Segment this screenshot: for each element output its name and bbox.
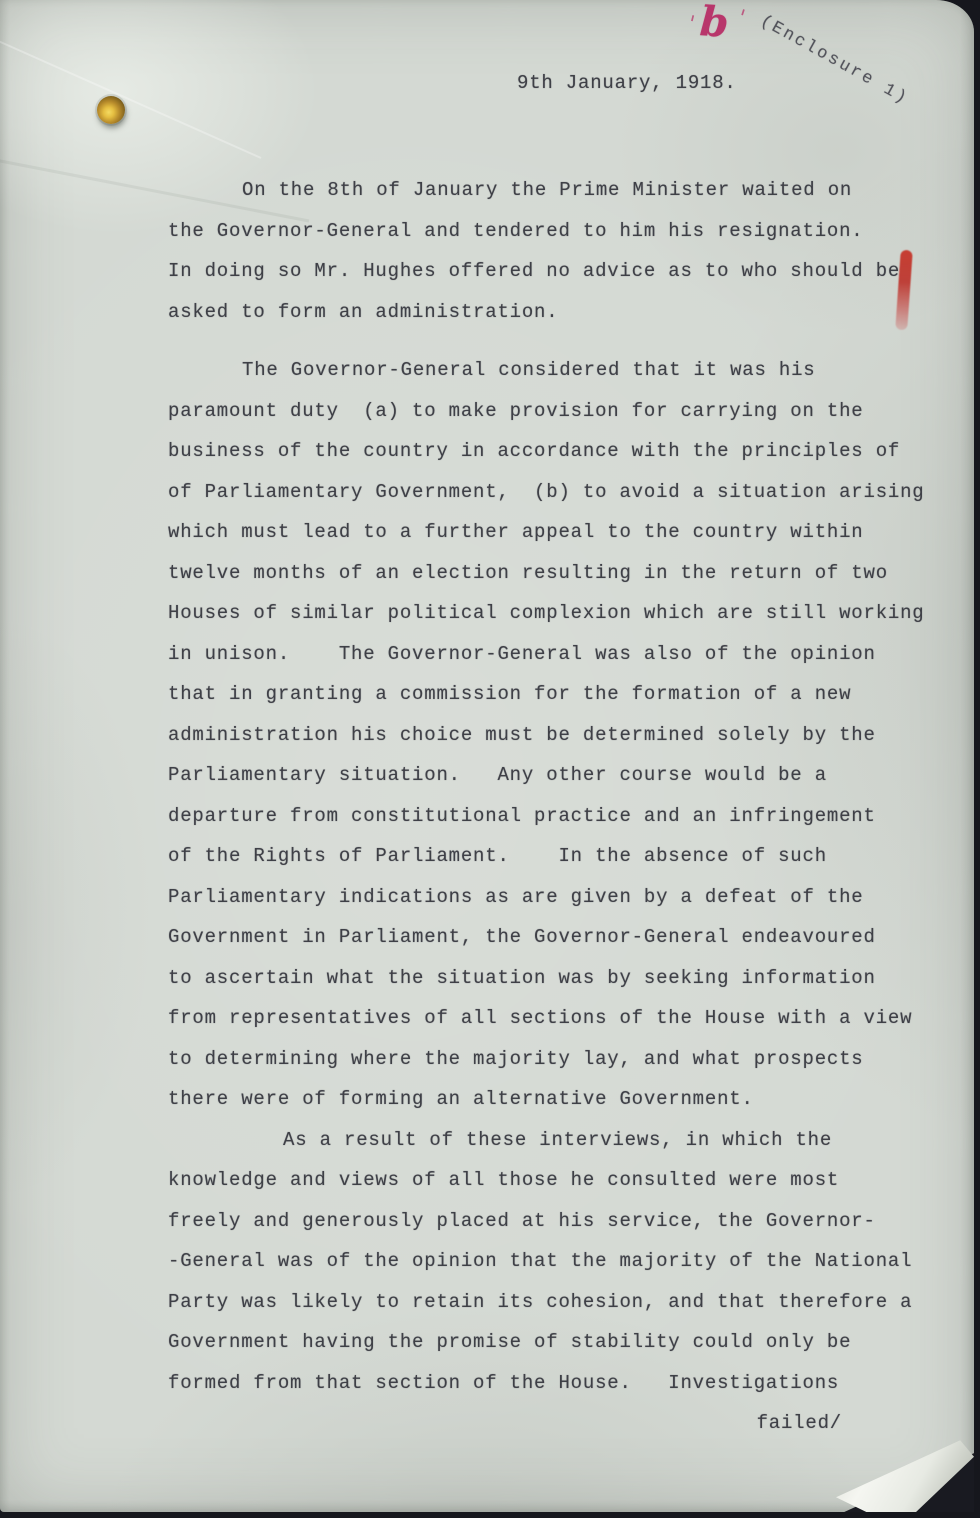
typed-line: Parliamentary situation. Any other cours… xyxy=(168,755,928,796)
typed-line: which must lead to a further appeal to t… xyxy=(168,512,928,553)
typed-line: knowledge and views of all those he cons… xyxy=(168,1160,928,1201)
handwritten-letter-b: b xyxy=(698,0,730,47)
handwritten-tick-left: ' xyxy=(685,12,697,38)
typed-line: there were of forming an alternative Gov… xyxy=(168,1079,928,1120)
typed-line: of the Rights of Parliament. In the abse… xyxy=(168,836,928,877)
date-line: 9th January, 1918. xyxy=(517,72,737,94)
typed-line: -General was of the opinion that the maj… xyxy=(168,1241,928,1282)
typed-line: twelve months of an election resulting i… xyxy=(168,553,928,594)
typed-line: of Parliamentary Government, (b) to avoi… xyxy=(168,472,928,513)
typed-line: from representatives of all sections of … xyxy=(168,998,928,1039)
typed-line: On the 8th of January the Prime Minister… xyxy=(168,170,928,211)
typed-line: that in granting a commission for the fo… xyxy=(168,674,928,715)
handwritten-tick-right: ' xyxy=(734,6,747,32)
typed-line: to ascertain what the situation was by s… xyxy=(168,958,928,999)
typed-line: formed from that section of the House. I… xyxy=(168,1363,928,1404)
paragraph: The Governor-General considered that it … xyxy=(168,350,928,1120)
document-body: On the 8th of January the Prime Minister… xyxy=(168,170,928,1444)
typed-line: to determining where the majority lay, a… xyxy=(168,1039,928,1080)
paragraph: As a result of these interviews, in whic… xyxy=(168,1120,928,1404)
catchword: failed/ xyxy=(168,1403,928,1444)
typed-line: departure from constitutional practice a… xyxy=(168,796,928,837)
typed-line: Government in Parliament, the Governor-G… xyxy=(168,917,928,958)
typed-line: Government having the promise of stabili… xyxy=(168,1322,928,1363)
handwritten-classification-mark: ' b ' xyxy=(686,4,756,56)
typed-line: In doing so Mr. Hughes offered no advice… xyxy=(168,251,928,292)
scanned-document-photo: { "doc": { "annotations": { "handwritten… xyxy=(0,0,980,1518)
typed-line: Parliamentary indications as are given b… xyxy=(168,877,928,918)
typed-line: freely and generously placed at his serv… xyxy=(168,1201,928,1242)
typed-line: paramount duty (a) to make provision for… xyxy=(168,391,928,432)
typed-line: Party was likely to retain its cohesion,… xyxy=(168,1282,928,1323)
paper-sheet: ' b ' (Enclosure 1) 9th January, 1918. O… xyxy=(0,0,974,1512)
typed-line: Houses of similar political complexion w… xyxy=(168,593,928,634)
typed-line: administration his choice must be determ… xyxy=(168,715,928,756)
paper-crease xyxy=(0,35,261,159)
typed-line: business of the country in accordance wi… xyxy=(168,431,928,472)
typed-line: the Governor-General and tendered to him… xyxy=(168,211,928,252)
page-curl xyxy=(836,1420,974,1512)
typed-line: The Governor-General considered that it … xyxy=(168,350,928,391)
typed-line: in unison. The Governor-General was also… xyxy=(168,634,928,675)
brass-fastener xyxy=(97,96,125,124)
paragraph: On the 8th of January the Prime Minister… xyxy=(168,170,928,332)
typed-line: asked to form an administration. xyxy=(168,292,928,333)
enclosure-stamp: (Enclosure 1) xyxy=(757,12,912,109)
typed-line: As a result of these interviews, in whic… xyxy=(168,1120,928,1161)
